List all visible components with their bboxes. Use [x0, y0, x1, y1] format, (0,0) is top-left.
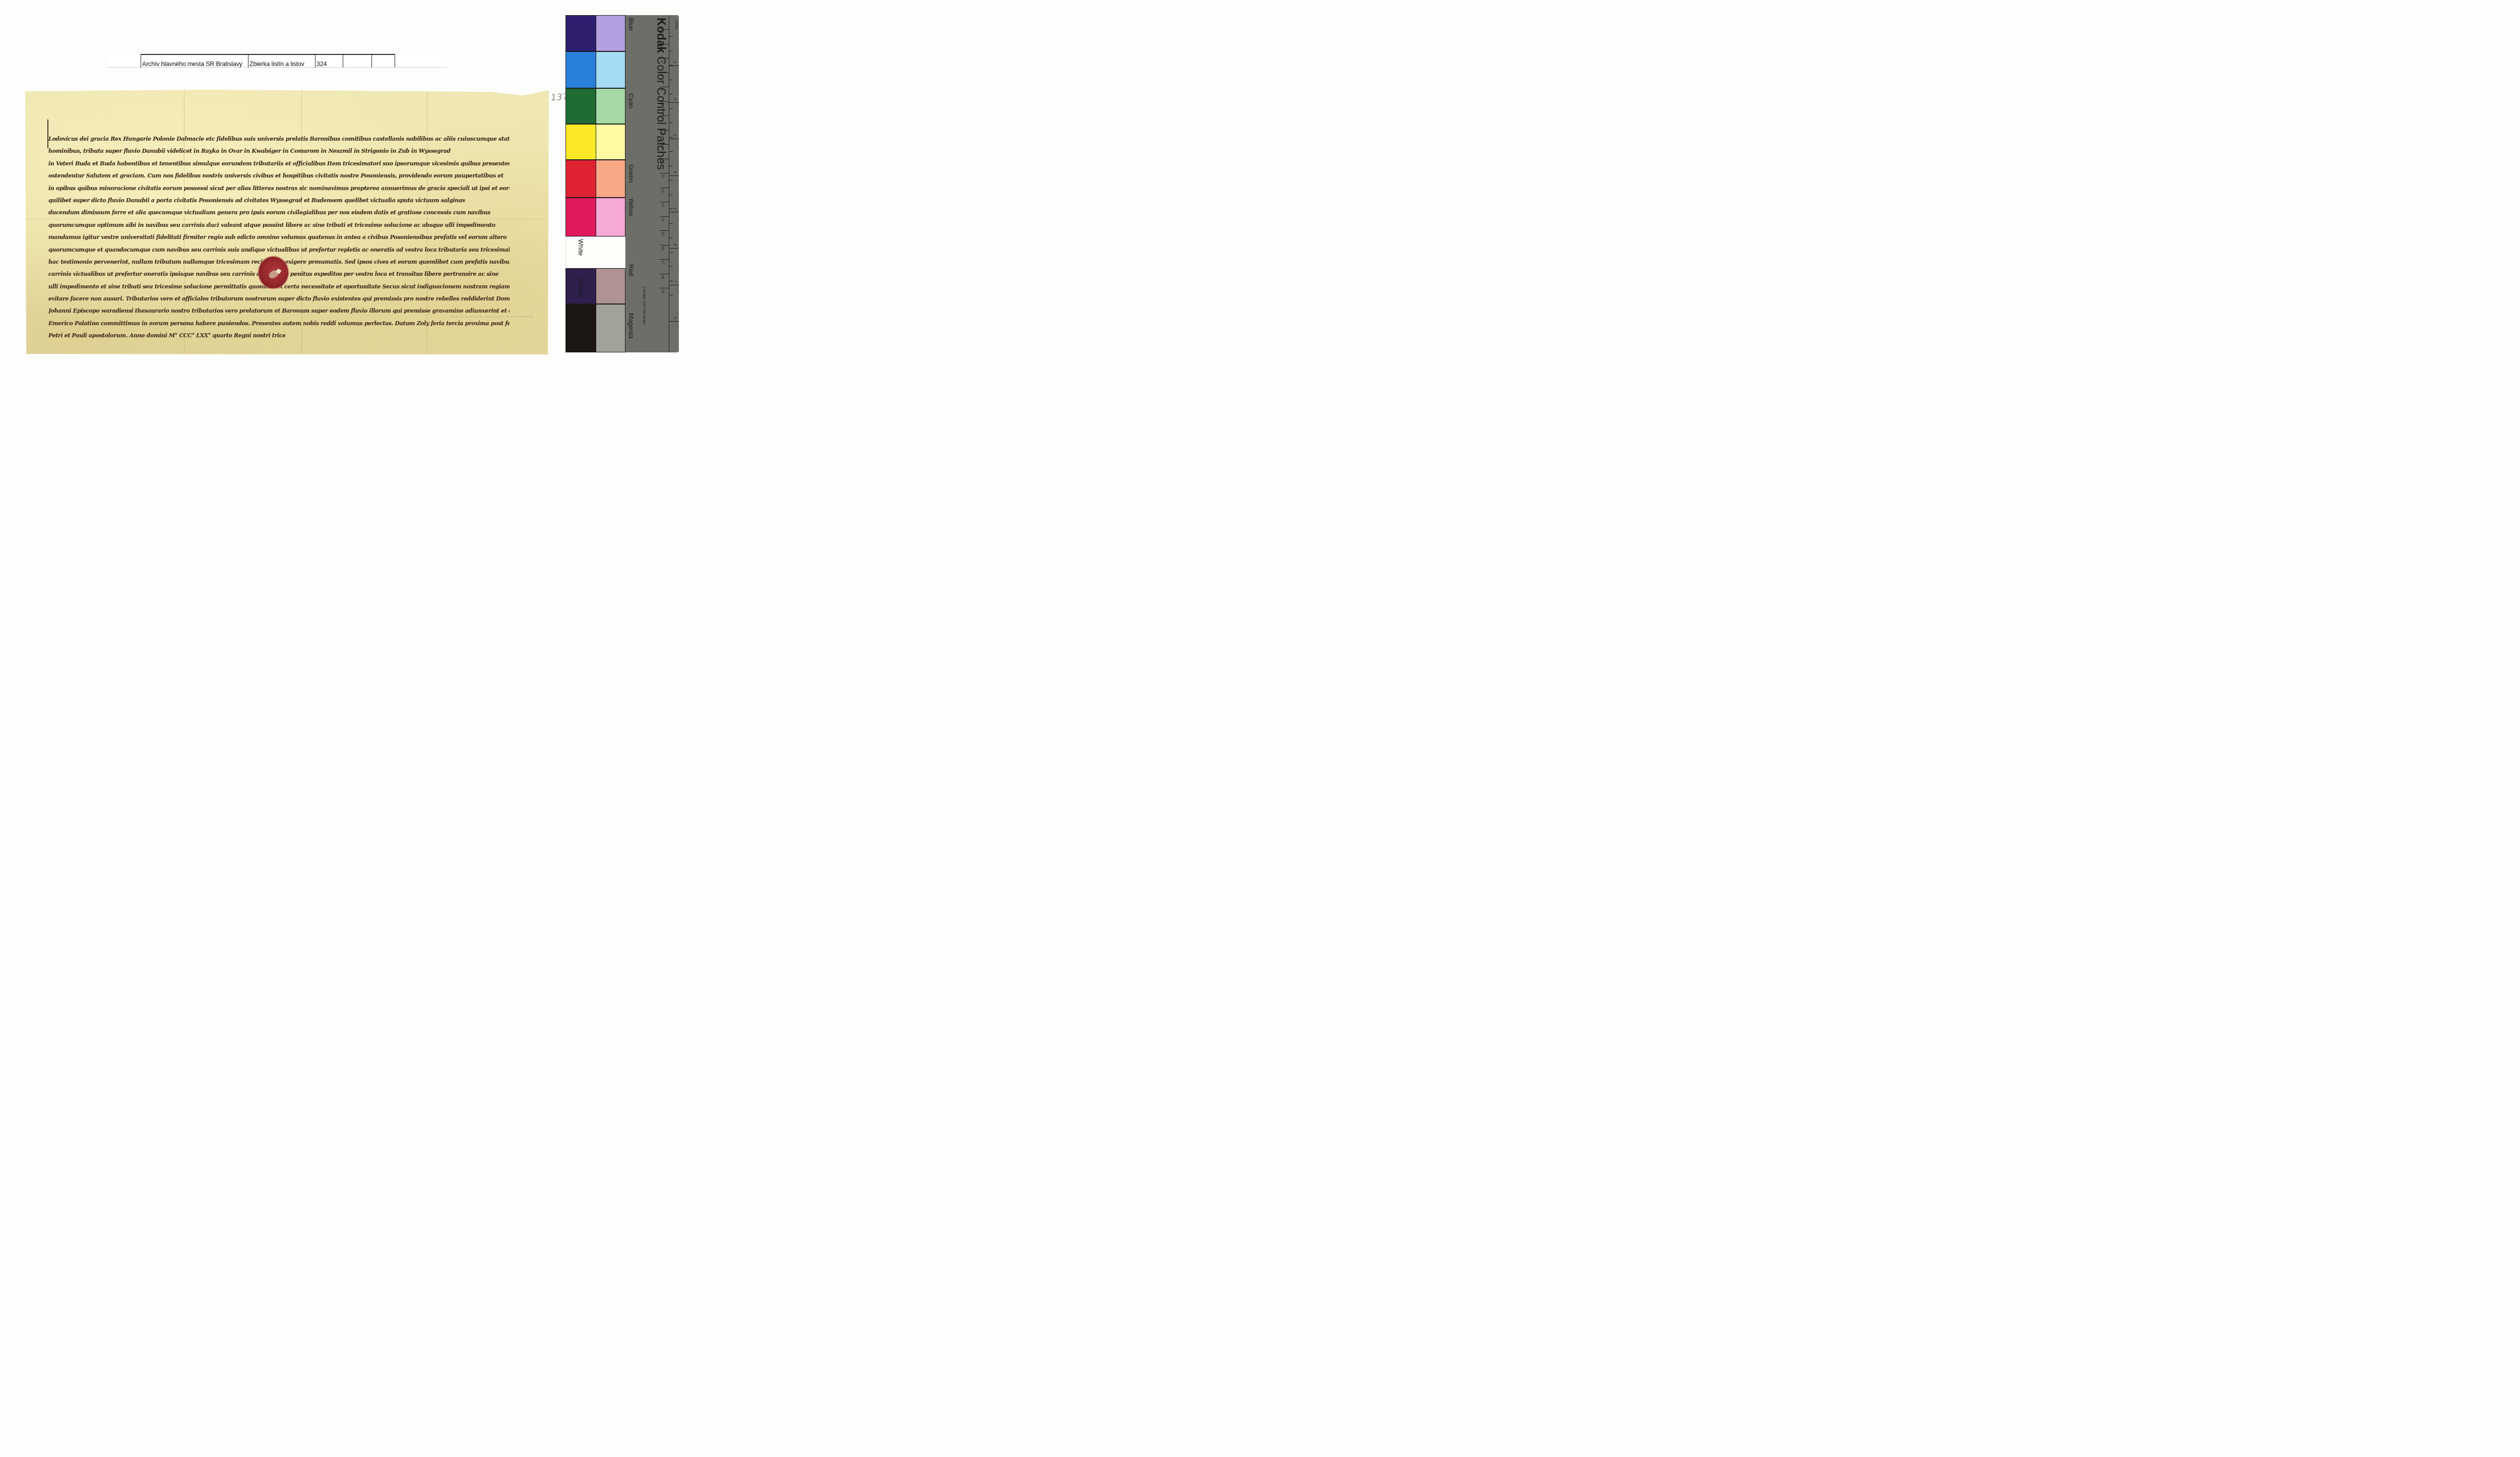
cm-tick [660, 202, 669, 202]
inch-tick-label: 7 [673, 280, 676, 282]
cm-tick [660, 216, 669, 217]
text-line: quorumcumque et quandocumque cum navibus… [48, 244, 510, 256]
patch-label-red: Red [627, 264, 635, 276]
patch-green-dark [565, 88, 596, 124]
cm-tick [660, 130, 669, 131]
text-line: Johanni Episcopo waradiensi thesaurario … [48, 305, 510, 317]
inch-tick [669, 102, 679, 103]
inch-tick [669, 248, 679, 249]
minor-tick [669, 281, 673, 281]
text-line: evitare facere non ausuri. Tributarios v… [48, 293, 510, 305]
minor-tick [669, 252, 673, 253]
inch-tick-label: 3 [673, 135, 676, 137]
patch-white [565, 236, 625, 268]
copyright-text: © Kodak, 2007 TM: Kodak [642, 286, 646, 325]
cm-tick-label: 19 [661, 289, 664, 293]
inch-tick [669, 139, 679, 139]
minor-tick [669, 266, 673, 267]
patch-cyan-light [596, 51, 625, 88]
patch-3color-light [596, 268, 625, 304]
cm-tick-label: 2 [660, 46, 663, 48]
patch-yellow-dark [565, 124, 596, 160]
minor-tick [669, 237, 673, 238]
cm-tick-label: 8 [660, 132, 663, 134]
patch-label-yellow: Yellow [627, 198, 635, 216]
patch-red-dark [565, 160, 596, 198]
text-line: Lodovicus dei gracia Rex Hungarie Poloni… [48, 133, 510, 145]
cm-tick [660, 159, 669, 159]
gray-ruler: Kodak Color Control Patches Blue Cyan Gr… [625, 15, 679, 352]
inch-tick [669, 285, 679, 285]
cm-tick-label: 18 [661, 275, 664, 279]
cm-tick-label: 11 [661, 174, 664, 178]
patch-red-light [596, 160, 625, 198]
cm-tick [660, 230, 669, 231]
cm-tick [660, 58, 669, 58]
text-line: ostendentur Salutem et graciam. Cum nos … [48, 170, 510, 182]
minor-tick [669, 123, 673, 123]
minor-tick [669, 166, 673, 166]
charter-text: Lodovicus dei gracia Rex Hungarie Poloni… [48, 133, 510, 342]
patch-magenta-dark [565, 198, 596, 236]
cm-tick [660, 288, 669, 288]
inch-tick [669, 175, 679, 176]
cm-tick-label: 4 [660, 75, 663, 77]
patch-label-green: Green [627, 164, 635, 183]
unit-inches: inches [674, 20, 678, 29]
text-line: quorumcumque optimum sibi in navibus seu… [48, 219, 510, 231]
cm-tick [660, 173, 669, 173]
archive-label-strip: Archív hlavného mesta SR Bratislavy Zbie… [108, 54, 447, 68]
inch-tick-label: 6 [673, 244, 676, 246]
minor-tick [669, 80, 673, 80]
cm-tick-label: 10 [661, 160, 664, 164]
inch-tick-label: 4 [673, 171, 676, 173]
inch-tick [669, 212, 679, 212]
minor-tick [669, 195, 673, 195]
cm-tick-label: 14 [661, 217, 664, 221]
cm-tick-label: 17 [661, 261, 664, 265]
text-line: Petri et Pauli apostolorum. Anno domini … [48, 330, 285, 342]
patch-label-magenta: Magenta [627, 313, 635, 339]
cm-tick [660, 274, 669, 274]
wax-seal [259, 257, 288, 288]
minor-tick [669, 151, 673, 152]
cm-tick-label: 9 [660, 147, 663, 149]
cm-tick [660, 87, 669, 87]
cm-tick-label: 15 [661, 232, 664, 236]
patch-cyan-dark [565, 51, 596, 88]
inch-tick [669, 66, 679, 66]
minor-tick [669, 137, 673, 138]
pencil-note: ~~~~~~~ ~~~~ ~~~~~~ [451, 314, 533, 320]
cm-tick-label: 3 [660, 60, 663, 63]
inch-tick-label: 1 [673, 62, 676, 64]
cm-tick-label: 13 [661, 203, 664, 207]
patch-label-blue: Blue [627, 18, 635, 31]
label-cell-number: 324 [315, 54, 343, 68]
kodak-color-chart: Kodak Color Control Patches Blue Cyan Gr… [565, 15, 679, 352]
minor-tick [669, 180, 673, 180]
patch-blue-dark [565, 15, 596, 51]
cm-tick-label: 12 [661, 189, 664, 193]
text-line: quilibet super dicto fluvio Danubii a po… [48, 195, 510, 207]
cm-tick-label: 7 [660, 118, 663, 120]
text-line: ducendum dimissum ferre et alia quecumqu… [48, 207, 510, 219]
cm-tick [660, 188, 669, 188]
unit-cm: cm [661, 20, 664, 24]
cm-tick [660, 245, 669, 246]
label-cell-collection: Zbierka listín a listov [248, 54, 315, 68]
patch-3color-dark [565, 268, 596, 304]
patch-black-dark [565, 304, 596, 352]
inch-tick-label: 8 [673, 317, 676, 319]
inch-tick-label: 2 [673, 98, 676, 100]
minor-tick [669, 223, 673, 224]
text-line: in Veteri Buda et Buda habentibus et ten… [48, 158, 510, 170]
minor-tick [669, 295, 673, 295]
cm-tick [660, 115, 669, 116]
minor-tick [669, 51, 673, 51]
text-line: in opibus quibus minoracione civitatis e… [48, 183, 510, 195]
cm-tick [660, 73, 669, 73]
patch-magenta-light [596, 198, 625, 236]
minor-tick [669, 108, 673, 109]
patch-blue-light [596, 15, 625, 51]
minor-tick [669, 94, 673, 94]
cm-tick-label: 1 [660, 32, 663, 34]
minor-tick [669, 209, 673, 209]
inch-tick-label: 5 [673, 208, 676, 210]
cm-tick-label: 6 [660, 103, 663, 105]
cm-tick [660, 29, 669, 30]
label-cell-archive: Archív hlavného mesta SR Bratislavy [141, 54, 248, 68]
minor-tick [669, 36, 673, 37]
patch-black-light [596, 304, 625, 352]
text-line: Emerico Palatino committimus in eorum pe… [48, 318, 510, 330]
patch-green-light [596, 88, 625, 124]
patch-yellow-light [596, 124, 625, 160]
label-cell-empty-1 [343, 54, 371, 68]
text-line: hominibus, tributa super fluvio Danubii … [48, 145, 510, 157]
cm-tick-label: 16 [661, 246, 664, 250]
cm-tick [660, 44, 669, 44]
cm-tick [660, 259, 669, 260]
cm-tick-label: 5 [660, 89, 663, 91]
text-line: mandamus igitur vestre universitati fide… [48, 231, 510, 244]
cm-tick [660, 144, 669, 145]
inch-tick [669, 321, 679, 322]
cm-tick [660, 101, 669, 102]
patch-label-cyan: Cyan [627, 93, 635, 108]
label-cell-empty-2 [371, 54, 395, 68]
